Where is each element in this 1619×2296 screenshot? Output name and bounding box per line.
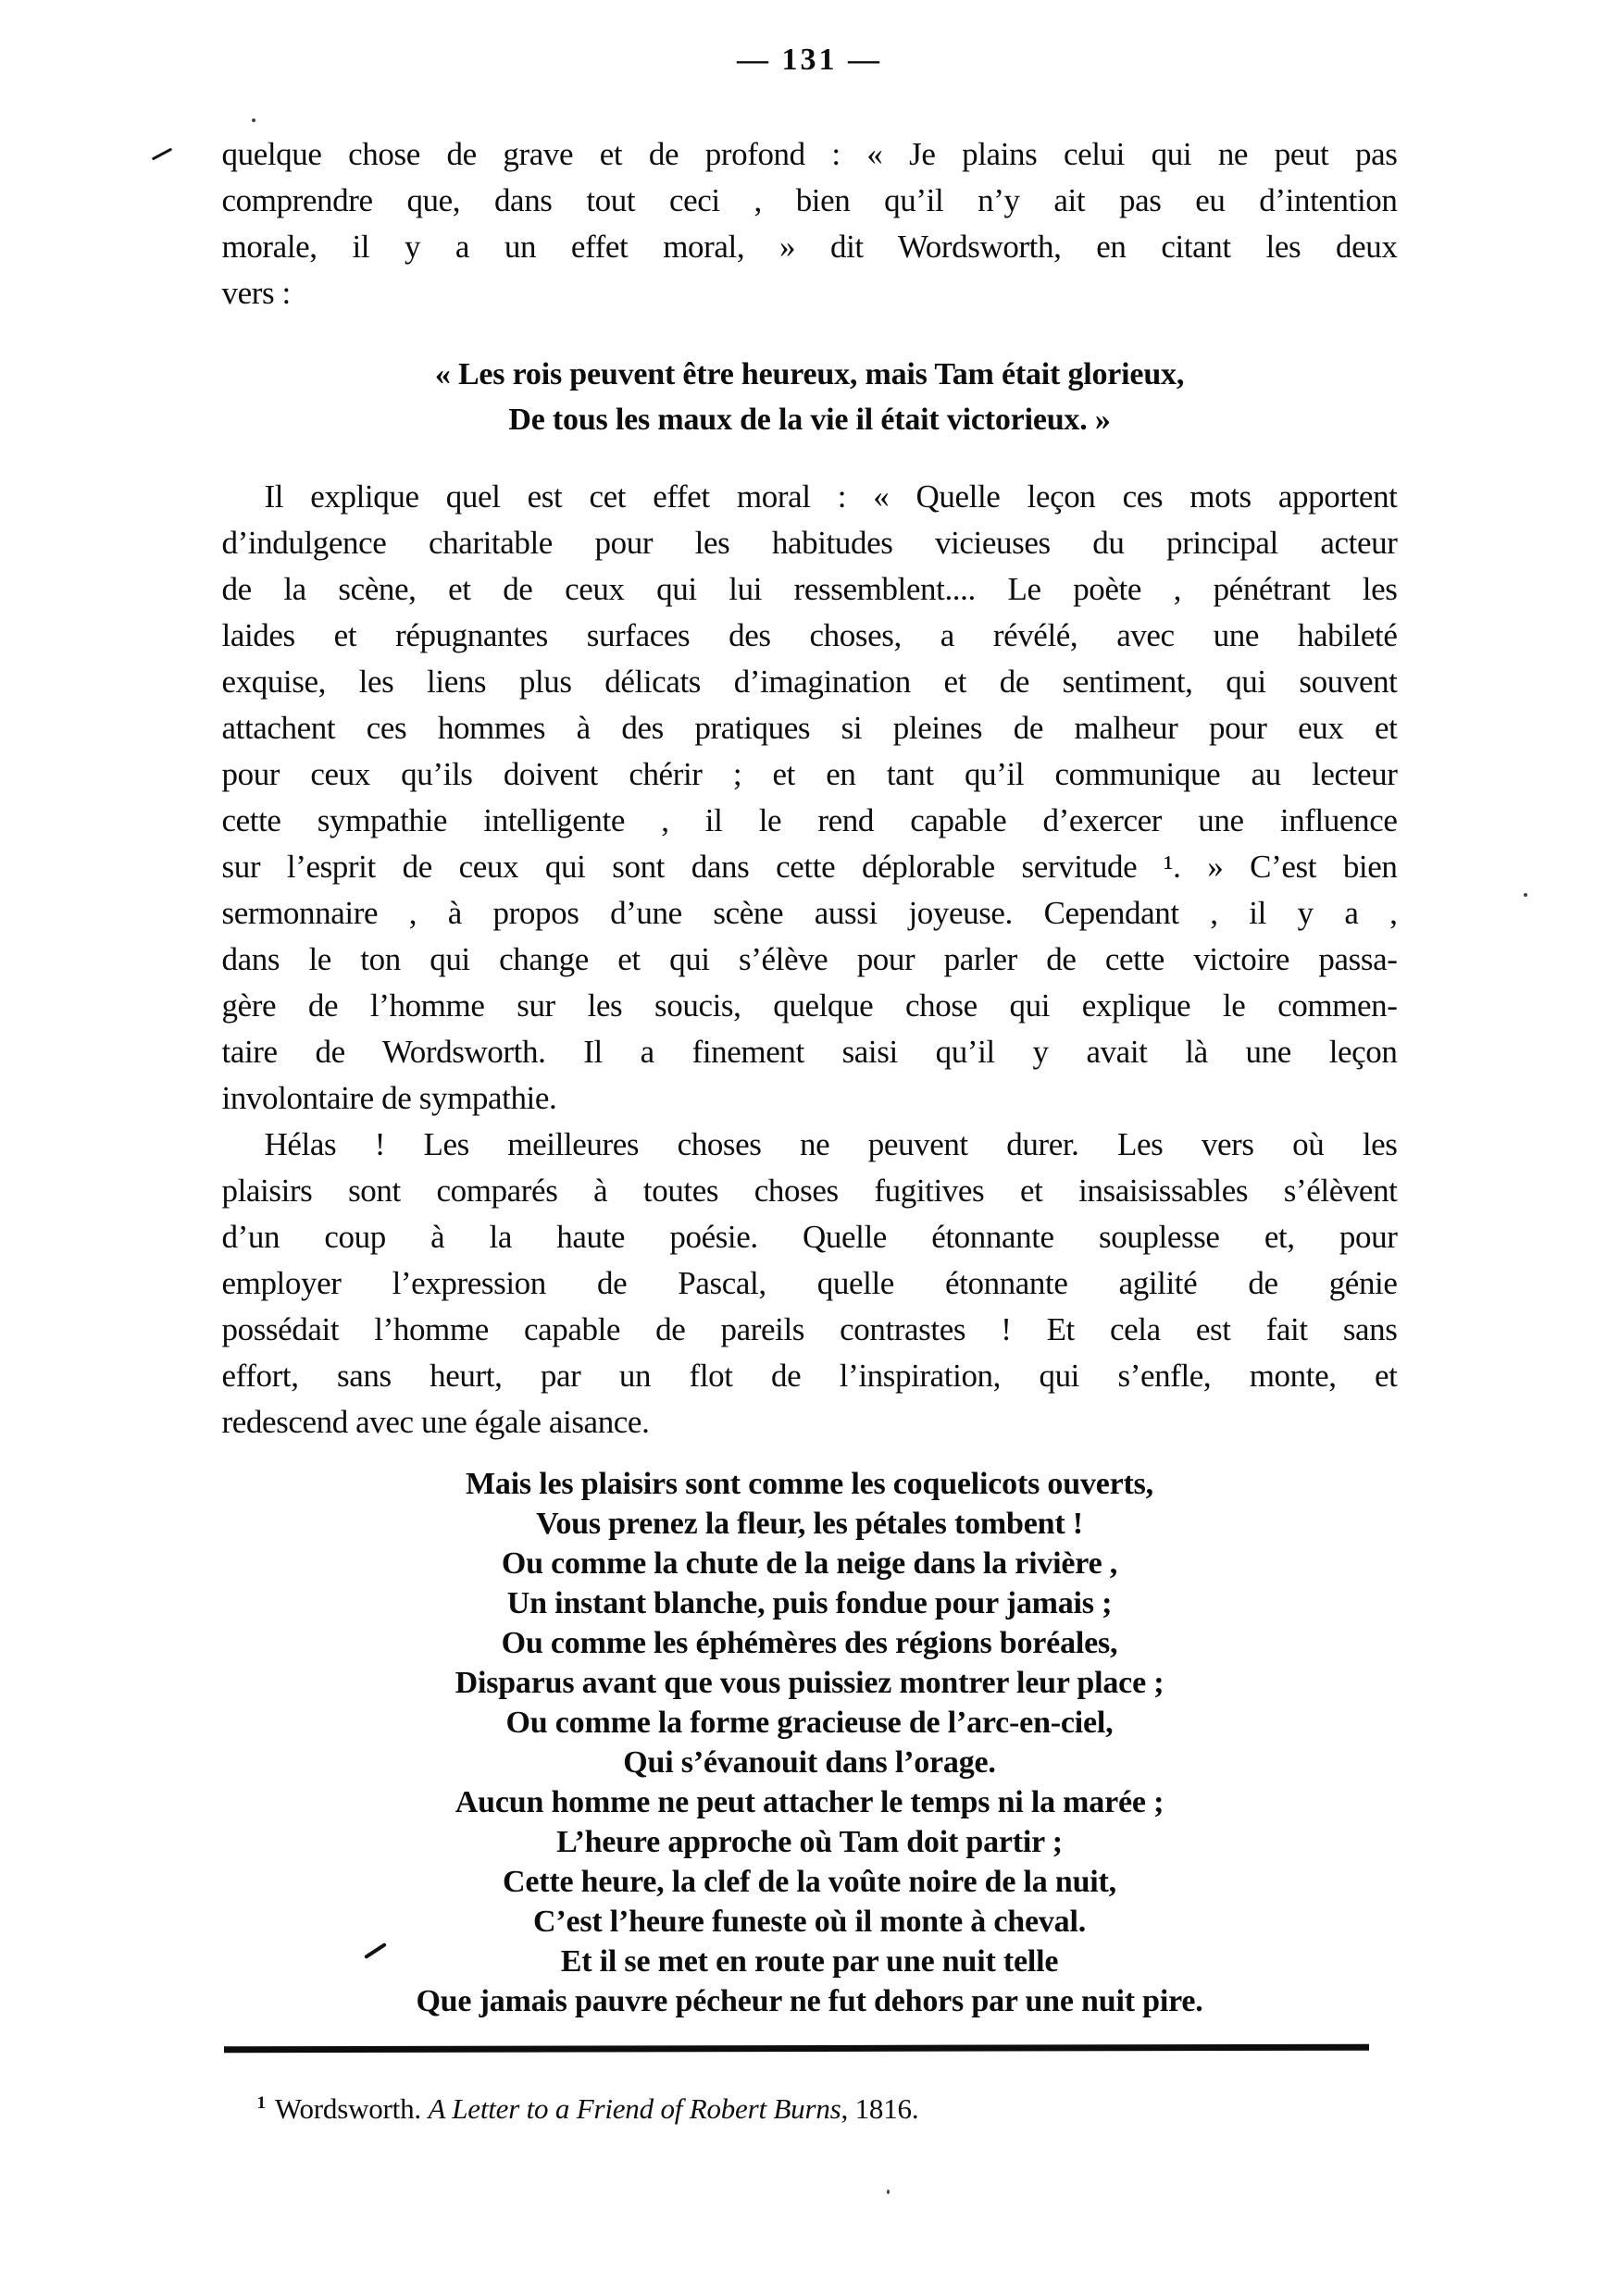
book-page: — 131 — quelque chose de grave et de pro… (0, 0, 1619, 2296)
text-line: attachent ces hommes à des pratiques si … (222, 705, 1398, 751)
text-line: gère de l’homme sur les soucis, quelque … (222, 983, 1398, 1029)
text-line: « Les rois peuvent être heureux, mais Ta… (222, 352, 1398, 397)
scan-artifact-dot (887, 2190, 890, 2194)
text-line: laides et répugnantes surfaces des chose… (222, 613, 1398, 659)
text-line: plaisirs sont comparés à toutes choses f… (222, 1168, 1398, 1214)
text-line: Vous prenez la fleur, les pétales tomben… (222, 1504, 1398, 1544)
text-line: C’est l’heure funeste où il monte à chev… (222, 1902, 1398, 1942)
text-line: Disparus avant que vous puissiez montrer… (222, 1663, 1398, 1703)
text-line: Aucun homme ne peut attacher le temps ni… (222, 1782, 1398, 1822)
text-line: cette sympathie intelligente , il le ren… (222, 798, 1398, 844)
footnote-year: , 1816. (841, 2092, 919, 2125)
text-line: Cette heure, la clef de la voûte noire d… (222, 1862, 1398, 1902)
text-line: sermonnaire , à propos d’une scène aussi… (222, 890, 1398, 937)
scan-artifact-dot (1524, 893, 1527, 897)
text-line: comprendre que, dans tout ceci , bien qu… (222, 178, 1398, 224)
text-line: Ou comme la chute de la neige dans la ri… (222, 1544, 1398, 1583)
text-line: morale, il y a un effet moral, » dit Wor… (222, 224, 1398, 270)
page-number: — 131 — (0, 0, 1619, 78)
text-line: quelque chose de grave et de profond : «… (222, 131, 1398, 178)
body-paragraph: Il explique quel est cet effet moral : «… (222, 474, 1398, 1122)
text-line: possédait l’homme capable de pareils con… (222, 1307, 1398, 1353)
text-line: De tous les maux de la vie il était vict… (222, 397, 1398, 442)
footnote-rule (223, 2044, 1368, 2054)
scan-artifact-tick (152, 148, 173, 161)
footnote-marker: 1 (257, 2093, 266, 2113)
text-line: taire de Wordsworth. Il a finement saisi… (222, 1029, 1398, 1075)
body-paragraph: Hélas ! Les meilleures choses ne peuvent… (222, 1122, 1398, 1446)
text-column: quelque chose de grave et de profond : «… (222, 131, 1398, 2126)
poem-block: Mais les plaisirs sont comme les coqueli… (222, 1464, 1398, 2021)
footnote-author: Wordsworth. (275, 2092, 429, 2125)
text-line: Hélas ! Les meilleures choses ne peuvent… (222, 1122, 1398, 1168)
footnote-work-title: A Letter to a Friend of Robert Burns (429, 2092, 841, 2125)
text-line: exquise, les liens plus délicats d’imagi… (222, 659, 1398, 705)
text-line: Mais les plaisirs sont comme les coqueli… (222, 1464, 1398, 1504)
text-line: vers : (222, 270, 1398, 316)
text-line: d’indulgence charitable pour les habitud… (222, 520, 1398, 566)
text-line: redescend avec une égale aisance. (222, 1399, 1398, 1446)
text-line: L’heure approche où Tam doit partir ; (222, 1822, 1398, 1862)
text-line: dans le ton qui change et qui s’élève po… (222, 937, 1398, 983)
text-line: sur l’esprit de ceux qui sont dans cette… (222, 844, 1398, 890)
body-paragraph: quelque chose de grave et de profond : «… (222, 131, 1398, 316)
text-line: effort, sans heurt, par un flot de l’ins… (222, 1353, 1398, 1399)
text-line: Qui s’évanouit dans l’orage. (222, 1743, 1398, 1782)
verse-block: « Les rois peuvent être heureux, mais Ta… (222, 352, 1398, 442)
body-text: quelque chose de grave et de profond : «… (222, 131, 1398, 2021)
text-line: Il explique quel est cet effet moral : «… (222, 474, 1398, 520)
text-line: Un instant blanche, puis fondue pour jam… (222, 1583, 1398, 1623)
text-line: Ou comme les éphémères des régions boréa… (222, 1623, 1398, 1663)
text-line: employer l’expression de Pascal, quelle … (222, 1260, 1398, 1307)
text-line: Ou comme la forme gracieuse de l’arc-en-… (222, 1703, 1398, 1743)
text-line: involontaire de sympathie. (222, 1075, 1398, 1122)
scan-artifact-dot (252, 118, 255, 122)
footnote: 1Wordsworth. A Letter to a Friend of Rob… (222, 2092, 1398, 2126)
text-line: de la scène, et de ceux qui lui ressembl… (222, 566, 1398, 613)
text-line: Que jamais pauvre pécheur ne fut dehors … (222, 1981, 1398, 2021)
text-line: pour ceux qu’ils doivent chérir ; et en … (222, 751, 1398, 798)
text-line: d’un coup à la haute poésie. Quelle éton… (222, 1214, 1398, 1260)
text-line: Et il se met en route par une nuit telle (222, 1942, 1398, 1981)
